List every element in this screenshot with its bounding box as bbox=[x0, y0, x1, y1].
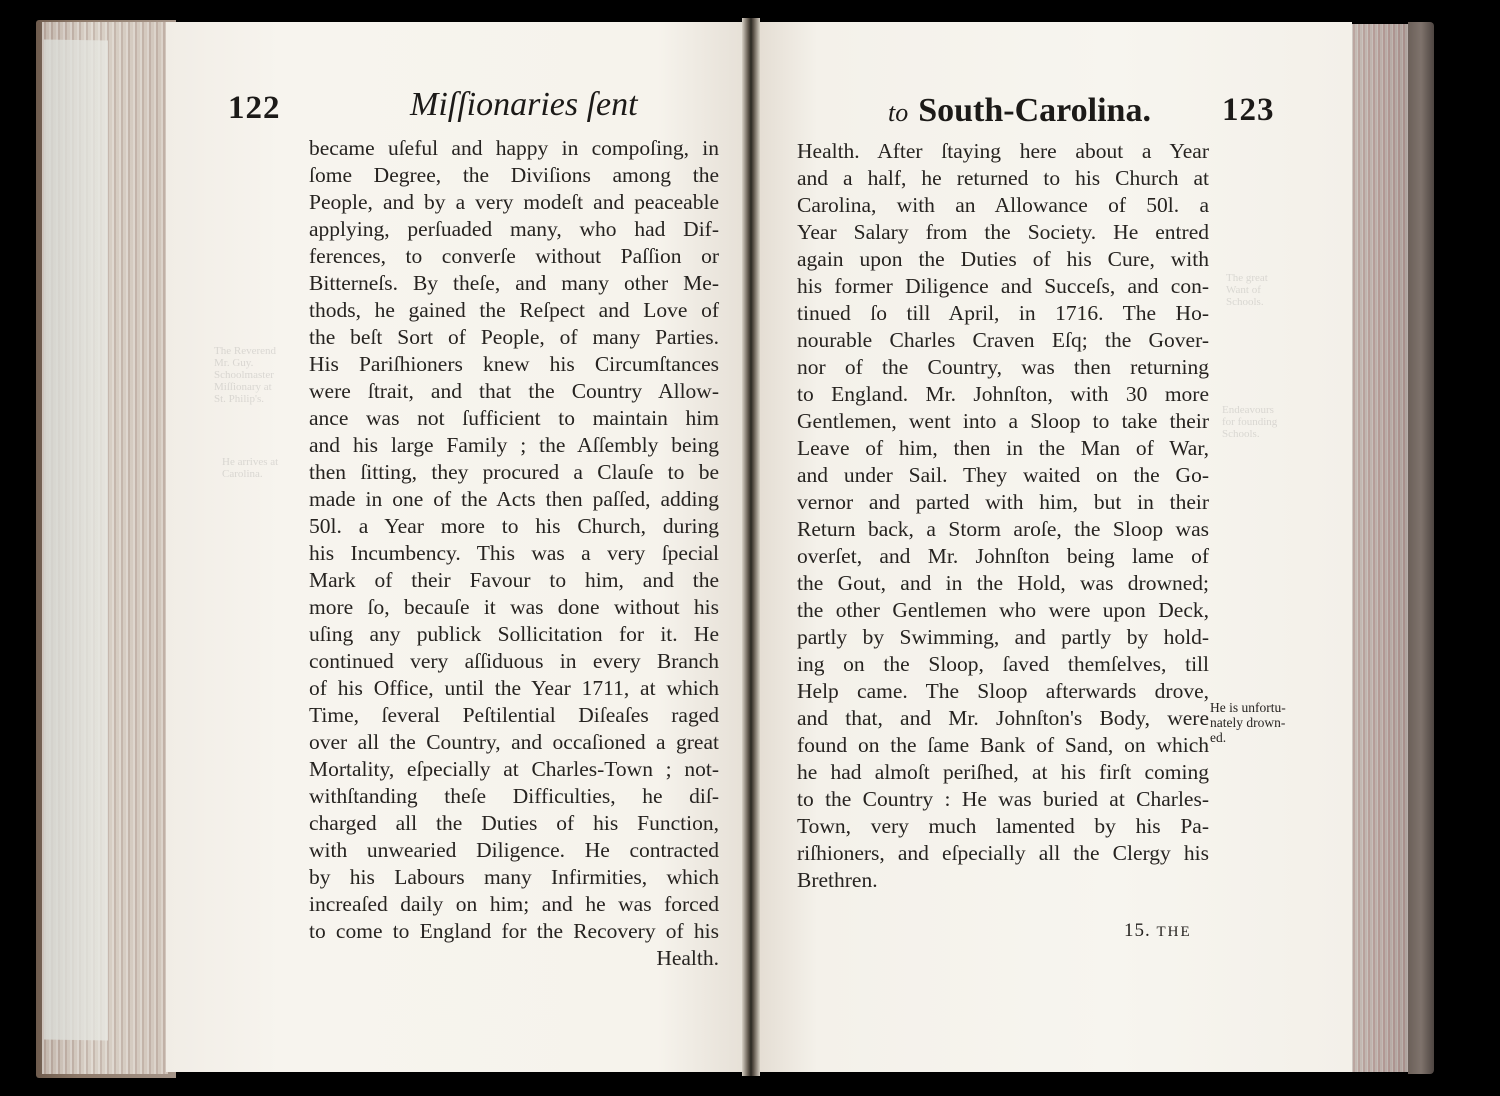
text-line: and under Sail. They waited on the Go- bbox=[797, 462, 1209, 489]
marginal-note: He is unfortu- nately drown- ed. bbox=[1210, 700, 1290, 745]
page-number-right: 123 bbox=[1222, 92, 1275, 129]
show-through-margin-notes-left: The Reverend Mr. Guy. Schoolmaster Miſſi… bbox=[214, 345, 276, 405]
text-line: nor of the Country, was then returning bbox=[797, 354, 1209, 381]
marginal-note-line: He is unfortu- bbox=[1210, 700, 1290, 715]
ghost-note: The great bbox=[1226, 272, 1268, 284]
text-line: tinued ſo till April, in 1716. The Ho- bbox=[797, 300, 1209, 327]
text-line: uſing any publick Sollicitation for it. … bbox=[309, 621, 719, 648]
text-line: with unwearied Diligence. He contracted bbox=[309, 837, 719, 864]
text-line: thods, he gained the Reſpect and Love of bbox=[309, 297, 719, 324]
text-line: and a half, he returned to his Church at bbox=[797, 165, 1209, 192]
page-edges-right bbox=[1352, 24, 1410, 1072]
text-line: Help came. The Sloop afterwards drove, bbox=[797, 678, 1209, 705]
text-line: ance was not ſufficient to maintain him bbox=[309, 405, 719, 432]
text-line: His Pariſhioners knew his Circumſtances bbox=[309, 351, 719, 378]
ghost-note: Schools. bbox=[1222, 428, 1277, 440]
ghost-note: Want of bbox=[1226, 284, 1268, 296]
text-line: riſhioners, and eſpecially all the Clerg… bbox=[797, 840, 1209, 867]
marginal-note-line: nately drown- bbox=[1210, 715, 1290, 730]
text-line: Town, very much lamented by his Pa- bbox=[797, 813, 1209, 840]
book-gutter bbox=[742, 18, 760, 1076]
text-line: increaſed daily on him; and he was force… bbox=[309, 891, 719, 918]
text-line: the other Gentlemen who were upon Deck, bbox=[797, 597, 1209, 624]
text-line: applying, perſuaded many, who had Dif- bbox=[309, 216, 719, 243]
text-line: ferences, to converſe without Paſſion or bbox=[309, 243, 719, 270]
text-line: charged all the Duties of his Function, bbox=[309, 810, 719, 837]
text-line: became uſeful and happy in compoſing, in bbox=[309, 135, 719, 162]
text-line: the Gout, and in the Hold, was drowned; bbox=[797, 570, 1209, 597]
text-line: withſtanding theſe Difficulties, he diſ- bbox=[309, 783, 719, 810]
flyleaf-paper bbox=[44, 39, 108, 1040]
left-page-body-text: became uſeful and happy in compoſing, in… bbox=[309, 135, 719, 972]
text-line: by his Labours many Infirmities, which bbox=[309, 864, 719, 891]
show-through-margin-notes-right: The great Want of Schools. bbox=[1226, 272, 1268, 308]
ghost-note: Miſſionary at bbox=[214, 381, 276, 393]
text-line: Health. After ſtaying here about a Year bbox=[797, 138, 1209, 165]
text-line: nourable Charles Craven Eſq; the Gover- bbox=[797, 327, 1209, 354]
text-line: to the Country : He was buried at Charle… bbox=[797, 786, 1209, 813]
text-line: ing on the Sloop, ſaved themſelves, till bbox=[797, 651, 1209, 678]
text-line: made in one of the Acts then paſſed, add… bbox=[309, 486, 719, 513]
ghost-note: He arrives at bbox=[222, 456, 278, 468]
marginal-note-line: ed. bbox=[1210, 730, 1290, 745]
text-line: to come to England for the Recovery of h… bbox=[309, 918, 719, 945]
text-line: and that, and Mr. Johnſton's Body, were bbox=[797, 705, 1209, 732]
text-line: Bitterneſs. By theſe, and many other Me- bbox=[309, 270, 719, 297]
text-line: Mortality, eſpecially at Charles-Town ; … bbox=[309, 756, 719, 783]
text-line: of his Office, until the Year 1711, at w… bbox=[309, 675, 719, 702]
text-line: Time, ſeveral Peſtilential Diſeaſes rage… bbox=[309, 702, 719, 729]
ghost-note: Schoolmaster bbox=[214, 369, 276, 381]
catchword: 15. The bbox=[1124, 920, 1192, 942]
text-line: and his large Family ; the Aſſembly bein… bbox=[309, 432, 719, 459]
text-line: Leave of him, then in the Man of War, bbox=[797, 435, 1209, 462]
running-head-right: toSouth-Carolina. bbox=[888, 92, 1151, 130]
page-number-left: 122 bbox=[228, 90, 281, 127]
ghost-note: St. Philip's. bbox=[214, 393, 276, 405]
catchword-number: 15. bbox=[1124, 920, 1151, 941]
text-line: Health. bbox=[309, 945, 719, 972]
text-line: Mark of their Favour to him, and the bbox=[309, 567, 719, 594]
ghost-note: Schools. bbox=[1226, 296, 1268, 308]
text-line: Return back, a Storm aroſe, the Sloop wa… bbox=[797, 516, 1209, 543]
catchword-word: The bbox=[1157, 924, 1192, 940]
running-head-prefix: to bbox=[888, 98, 908, 127]
text-line: he had almoſt periſhed, at his firſt com… bbox=[797, 759, 1209, 786]
text-line: People, and by a very modeſt and peaceab… bbox=[309, 189, 719, 216]
text-line: over all the Country, and occaſioned a g… bbox=[309, 729, 719, 756]
text-line: Year Salary from the Society. He entred bbox=[797, 219, 1209, 246]
ghost-note: for founding bbox=[1222, 416, 1277, 428]
text-line: again upon the Duties of his Cure, with bbox=[797, 246, 1209, 273]
text-line: the beſt Sort of People, of many Parties… bbox=[309, 324, 719, 351]
text-line: found on the ſame Bank of Sand, on which bbox=[797, 732, 1209, 759]
text-line: then ſitting, they procured a Clauſe to … bbox=[309, 459, 719, 486]
show-through-margin-notes-right-2: Endeavours for founding Schools. bbox=[1222, 404, 1277, 440]
text-line: Carolina, with an Allowance of 50l. a bbox=[797, 192, 1209, 219]
running-head-title: South-Carolina. bbox=[918, 92, 1151, 129]
text-line: vernor and parted with him, but in their bbox=[797, 489, 1209, 516]
text-line: continued very aſſiduous in every Branch bbox=[309, 648, 719, 675]
catchword-text: The bbox=[1157, 924, 1192, 940]
text-line: were ſtrait, and that the Country Allow- bbox=[309, 378, 719, 405]
text-line: Gentlemen, went into a Sloop to take the… bbox=[797, 408, 1209, 435]
text-line: his Incumbency. This was a very ſpecial bbox=[309, 540, 719, 567]
ghost-note: Endeavours bbox=[1222, 404, 1277, 416]
text-line: Brethren. bbox=[797, 867, 1209, 894]
ghost-note: Mr. Guy. bbox=[214, 357, 276, 369]
text-line: ſome Degree, the Diviſions among the bbox=[309, 162, 719, 189]
text-line: overſet, and Mr. Johnſton being lame of bbox=[797, 543, 1209, 570]
text-line: to England. Mr. Johnſton, with 30 more bbox=[797, 381, 1209, 408]
text-line: partly by Swimming, and partly by hold- bbox=[797, 624, 1209, 651]
text-line: 50l. a Year more to his Church, during bbox=[309, 513, 719, 540]
text-line: more ſo, becauſe it was done without his bbox=[309, 594, 719, 621]
ghost-note: The Reverend bbox=[214, 345, 276, 357]
text-line: his former Diligence and Succeſs, and co… bbox=[797, 273, 1209, 300]
show-through-margin-notes-left-2: He arrives at Carolina. bbox=[222, 456, 278, 480]
book-cover-right bbox=[1408, 22, 1434, 1074]
running-head-left: Miſſionaries ſent bbox=[410, 86, 638, 124]
right-page-body-text: Health. After ſtaying here about a Year … bbox=[797, 138, 1209, 894]
ghost-note: Carolina. bbox=[222, 468, 278, 480]
